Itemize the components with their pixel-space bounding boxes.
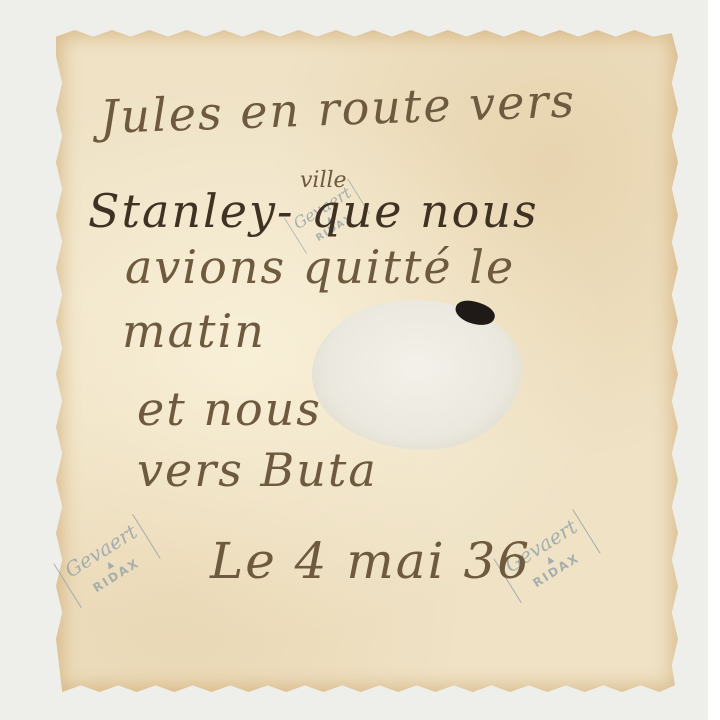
scan-edge — [708, 0, 720, 720]
handwriting-date: Le 4 mai 36 — [210, 532, 531, 590]
handwriting-line-3: avions quitté le — [125, 240, 515, 294]
handwriting-insert-ville: ville — [300, 168, 347, 193]
handwriting-line-6: vers Buta — [137, 443, 378, 497]
handwriting-line-4: matin — [122, 304, 266, 358]
